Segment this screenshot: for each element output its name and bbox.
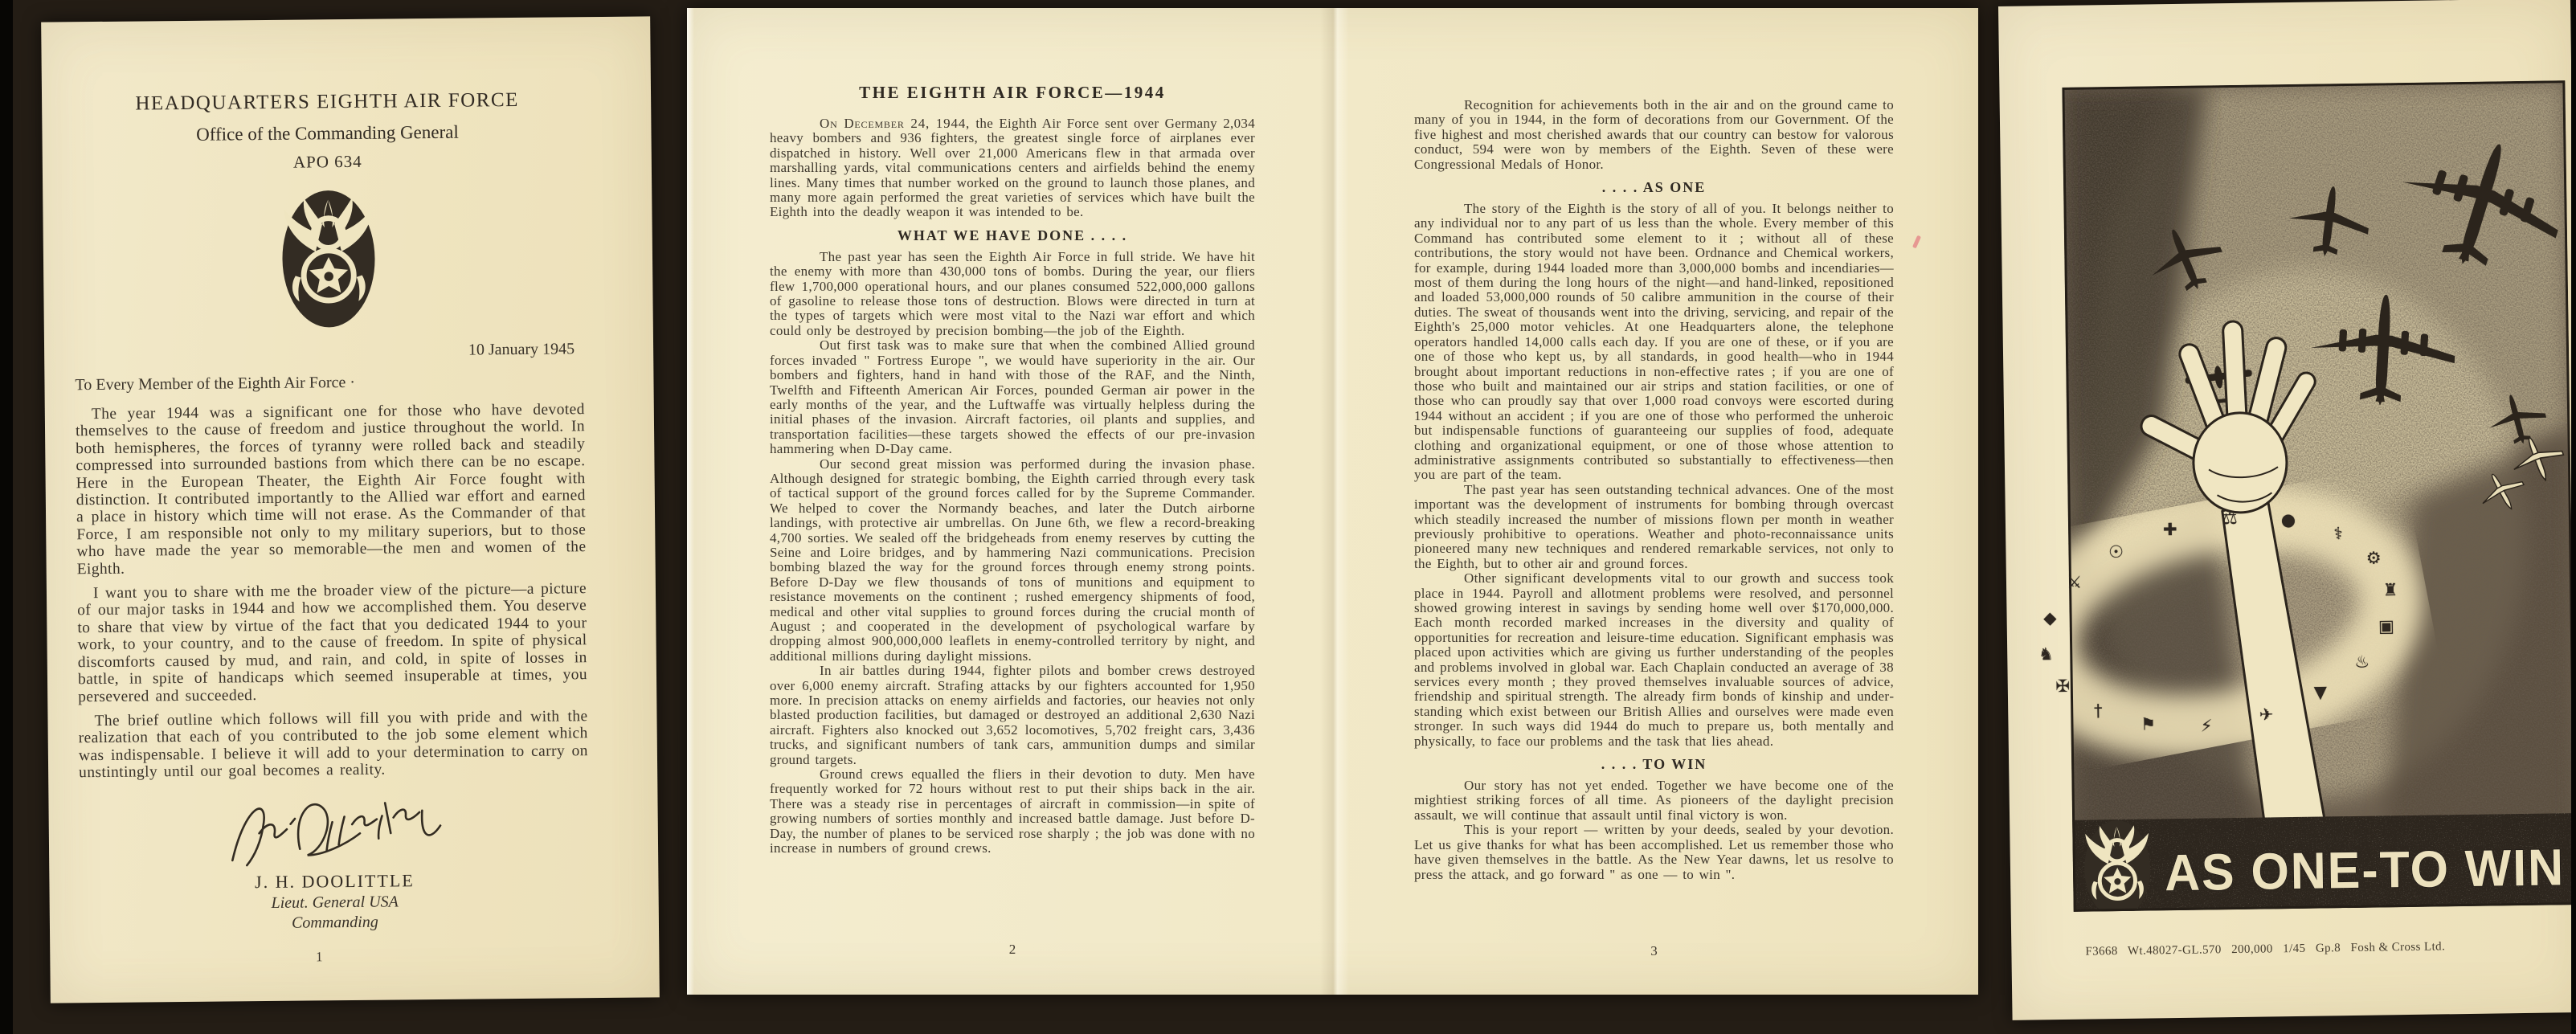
page-letter: HEADQUARTERS EIGHTH AIR FORCE Office of … — [41, 16, 660, 1003]
us-shield-icon: ✠ — [2055, 676, 2070, 696]
letter-paragraph: The year 1944 was a significant one for … — [76, 401, 587, 578]
letter-body: The year 1944 was a significant one for … — [76, 401, 588, 782]
slogan-text: AS ONE-TO WIN — [2165, 838, 2566, 901]
letter-date: 10 January 1945 — [75, 340, 584, 363]
finance-diamond-icon: ◆ — [2043, 608, 2056, 627]
red-pencil-mark — [1912, 235, 1921, 249]
page-3-column: Recognition for achievements both in the… — [1414, 98, 1894, 882]
report-paragraph: Recognition for achievements both in the… — [1414, 98, 1894, 172]
report-paragraph: On December 24, 1944, the Eighth Air For… — [770, 116, 1255, 220]
letter-salutation: To Every Member of the Eighth Air Force … — [75, 371, 584, 394]
signed-name: J. H. DOOLITTLE — [80, 868, 589, 894]
lead-rest: the Eighth Air Force sent over Germany 2… — [770, 116, 1255, 219]
page-back-cover: AS ONE-TO WIN ♞◆⚔☉✚⚖●⚕⚙♜▣♨▼✈⚡⚑†✠ F3668 W… — [1998, 0, 2576, 1020]
letterhead-line1: HEADQUARTERS EIGHTH AIR FORCE — [72, 88, 582, 116]
report-paragraph: Other significant developments vital to … — [1414, 571, 1894, 749]
printer-imprint: F3668 Wt.48027-GL.570 200,000 1/45 Gp.8 … — [2085, 940, 2445, 958]
slogan-banner: AS ONE-TO WIN — [2072, 813, 2576, 912]
report-paragraph: In air battles during 1944, fighter pilo… — [770, 664, 1255, 767]
report-paragraph: Our story has not yet ended. Together we… — [1414, 779, 1894, 823]
page-number-2: 2 — [770, 942, 1255, 958]
report-paragraph: This is your report — written by your de… — [1414, 823, 1894, 882]
report-paragraph: The story of the Eighth is the story of … — [1414, 202, 1894, 483]
as-one-to-win-illustration: AS ONE-TO WIN — [2062, 80, 2576, 912]
scanned-pamphlet: HEADQUARTERS EIGHTH AIR FORCE Office of … — [0, 0, 2576, 1034]
report-paragraph: The past year has seen outstanding techn… — [1414, 483, 1894, 571]
signed-title: Commanding — [80, 911, 590, 934]
report-title: THE EIGHTH AIR FORCE—1944 — [770, 82, 1255, 103]
letter-paragraph: I want you to share with me the broader … — [77, 580, 587, 705]
signed-rank: Lieut. General USA — [80, 891, 590, 914]
page-number-3: 3 — [1414, 943, 1894, 959]
letterhead-line3: APO 634 — [73, 149, 583, 174]
section-heading-to-win: . . . . TO WIN — [1414, 756, 1894, 772]
eighth-air-force-emblem-icon — [73, 182, 584, 337]
section-heading-as-one: . . . . AS ONE — [1414, 179, 1894, 195]
page-2-column: THE EIGHTH AIR FORCE—1944 On December 24… — [770, 82, 1255, 856]
fold-line — [1320, 8, 1349, 995]
report-paragraph: Out first task was to make sure that whe… — [770, 338, 1255, 456]
report-paragraph: Ground crews equalled the fliers in thei… — [770, 767, 1255, 856]
report-paragraph: The past year has seen the Eighth Air Fo… — [770, 250, 1255, 338]
athena-helmet-icon: ♞ — [2038, 644, 2054, 664]
letterhead-line2: Office of the Commanding General — [72, 120, 582, 147]
letter-paragraph: The brief outline which follows will fil… — [78, 708, 588, 782]
page-number-1: 1 — [80, 947, 558, 968]
letter-content: HEADQUARTERS EIGHTH AIR FORCE Office of … — [72, 17, 591, 1003]
section-heading-what-we-have-done: WHAT WE HAVE DONE . . . . — [770, 227, 1255, 243]
signature-icon — [79, 782, 589, 873]
page-spread: THE EIGHTH AIR FORCE—1944 On December 24… — [687, 8, 1978, 995]
lead-small-caps: On December 24, 1944, — [820, 116, 970, 131]
report-paragraph: Our second great mission was performed d… — [770, 457, 1255, 664]
